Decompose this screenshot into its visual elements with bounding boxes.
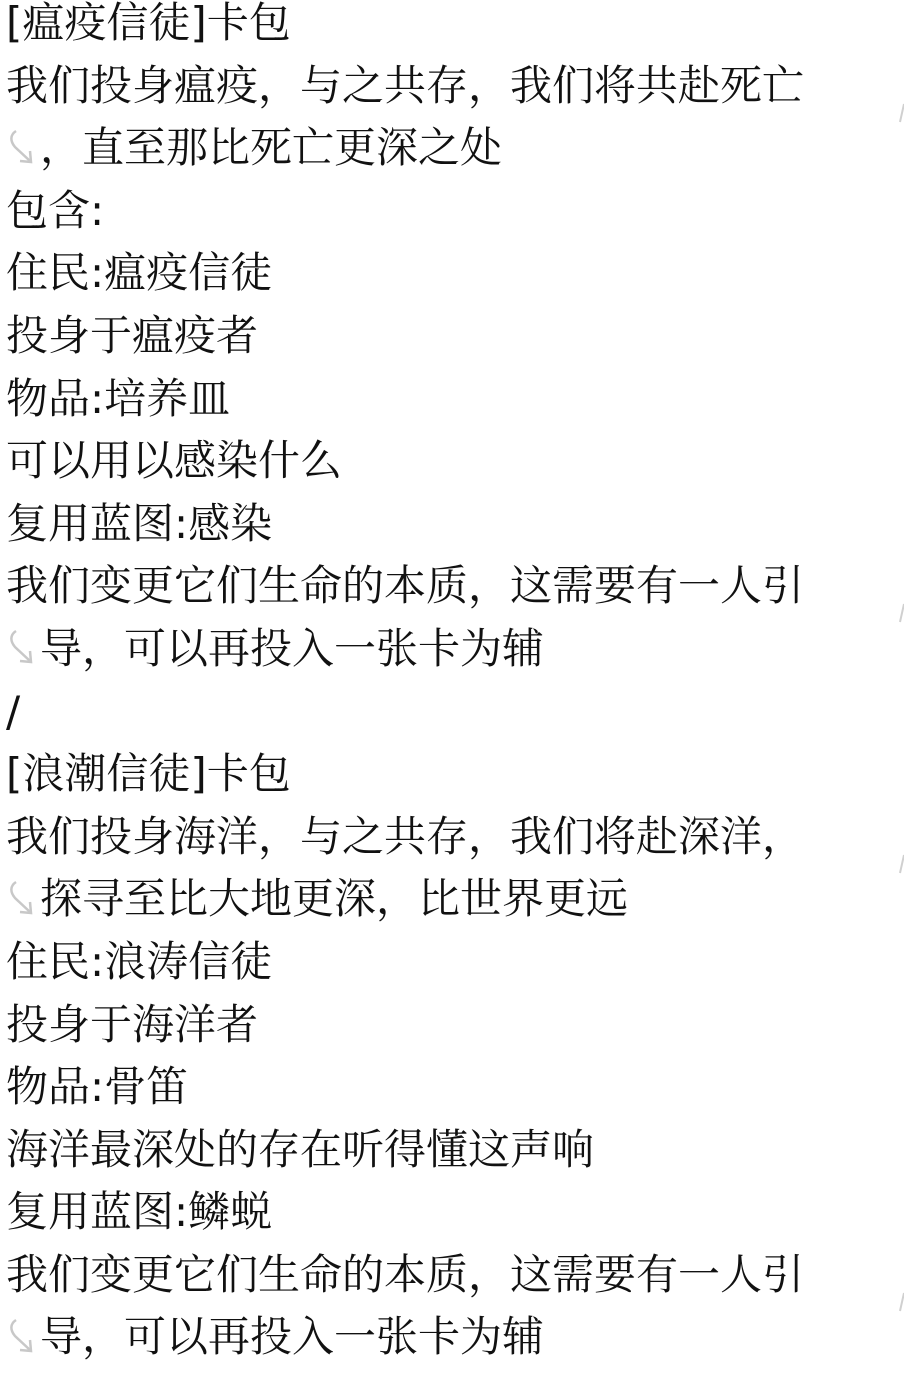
line-text: 物品:骨笛 [6,1062,188,1111]
line-overflow-marker-icon [898,1268,904,1290]
line-text: 我们投身瘟疫，与之共存，我们将共赴死亡 [6,61,804,110]
soft-wrap-arrow-icon [6,878,38,918]
line-text: 导，可以再投入一张卡为辅 [40,624,544,673]
line-text: 我们变更它们生命的本质，这需要有一人引 [6,561,804,610]
pack-title-plague: [瘟疫信徒]卡包 [6,0,904,55]
item-description: 可以用以感染什么 [6,430,904,493]
blueprint-entry: 复用蓝图:感染 [6,493,904,556]
line-overflow-marker-icon [898,830,904,852]
item-description: 海洋最深处的存在听得懂这声响 [6,1119,904,1182]
line-text: 复用蓝图:鳞蜕 [6,1187,272,1236]
line-text: 住民:浪涛信徒 [6,937,272,986]
line-text: 物品:培养皿 [6,374,230,423]
line-text: 住民:瘟疫信徒 [6,248,272,297]
contents-label: 包含: [6,180,904,243]
soft-wrap-arrow-icon [6,1316,38,1356]
plague-description-continued: ，直至那比死亡更深之处 [6,117,904,180]
plague-description-line: 我们投身瘟疫，与之共存，我们将共赴死亡 [6,55,904,118]
item-entry: 物品:骨笛 [6,1056,904,1119]
line-text: [浪潮信徒]卡包 [6,749,291,798]
line-text: 我们投身海洋，与之共存，我们将赴深洋， [6,812,804,861]
blueprint-description: 我们变更它们生命的本质，这需要有一人引 [6,1244,904,1307]
line-text: 投身于海洋者 [6,1000,258,1049]
item-entry: 物品:培养皿 [6,368,904,431]
resident-entry: 住民:浪涛信徒 [6,931,904,994]
line-text: 投身于瘟疫者 [6,311,258,360]
section-separator: / [6,681,904,744]
text-document[interactable]: [瘟疫信徒]卡包 我们投身瘟疫，与之共存，我们将共赴死亡 ，直至那比死亡更深之处… [6,0,904,1369]
line-text: / [6,687,20,736]
blueprint-description: 我们变更它们生命的本质，这需要有一人引 [6,555,904,618]
line-text: 包含: [6,186,104,235]
tide-description-continued: 探寻至比大地更深，比世界更远 [6,868,904,931]
line-text: 海洋最深处的存在听得懂这声响 [6,1125,594,1174]
resident-entry: 住民:瘟疫信徒 [6,242,904,305]
line-text: 导，可以再投入一张卡为辅 [40,1312,544,1361]
blueprint-description-continued: 导，可以再投入一张卡为辅 [6,1306,904,1369]
line-text: 我们变更它们生命的本质，这需要有一人引 [6,1250,804,1299]
line-text: 复用蓝图:感染 [6,499,272,548]
soft-wrap-arrow-icon [6,627,38,667]
line-text: [瘟疫信徒]卡包 [6,0,291,47]
resident-description: 投身于瘟疫者 [6,305,904,368]
tide-description-line: 我们投身海洋，与之共存，我们将赴深洋， [6,806,904,869]
soft-wrap-arrow-icon [6,127,38,167]
line-overflow-marker-icon [898,579,904,601]
pack-title-tide: [浪潮信徒]卡包 [6,743,904,806]
blueprint-entry: 复用蓝图:鳞蜕 [6,1181,904,1244]
line-text: 探寻至比大地更深，比世界更远 [40,874,628,923]
line-text: ，直至那比死亡更深之处 [40,123,502,172]
resident-description: 投身于海洋者 [6,994,904,1057]
line-overflow-marker-icon [898,79,904,101]
blueprint-description-continued: 导，可以再投入一张卡为辅 [6,618,904,681]
line-text: 可以用以感染什么 [6,436,342,485]
